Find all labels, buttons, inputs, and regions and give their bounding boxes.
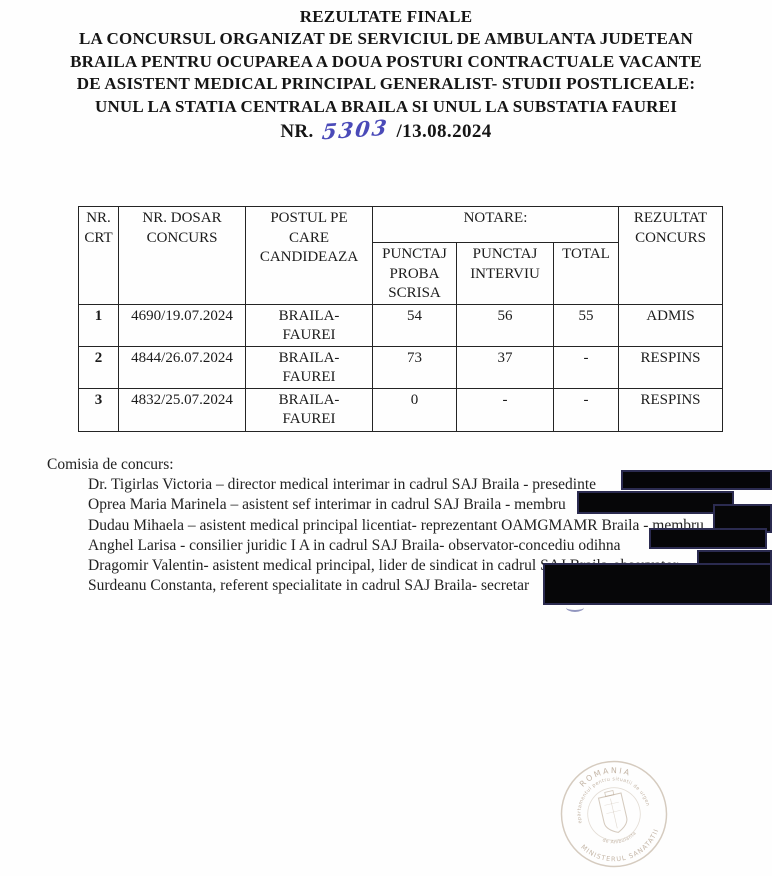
col-header-dosar: NR. DOSAR CONCURS [119, 207, 246, 305]
col-header-post: POSTUL PE CARE CANDIDEAZA [246, 207, 373, 305]
cell-nr: 1 [79, 304, 119, 346]
title-line-4: DE ASISTENT MEDICAL PRINCIPAL GENERALIST… [0, 73, 772, 95]
title-line-2: LA CONCURSUL ORGANIZAT DE SERVICIUL DE A… [0, 28, 772, 50]
stamp-country-text: ROMANIA [576, 761, 634, 790]
cell-total: 55 [554, 304, 619, 346]
table-row: 3 4832/25.07.2024 BRAILA- FAUREI 0 - - R… [79, 388, 723, 431]
col-header-nr-crt: NR. CRT [79, 207, 119, 305]
cell-proba-scrisa: 54 [373, 304, 457, 346]
col-header-total: TOTAL [554, 243, 619, 305]
cell-interviu: 37 [457, 346, 554, 388]
redaction-bar [649, 528, 767, 549]
col-header-notare: NOTARE: [373, 207, 619, 243]
table-header-row-1: NR. CRT NR. DOSAR CONCURS POSTUL PE CARE… [79, 207, 723, 243]
redaction-bar [621, 470, 772, 490]
commission-member-line: Dudau Mihaela – asistent medical princip… [47, 516, 747, 536]
registration-number-line: NR. 5303 /13.08.2024 [0, 119, 772, 143]
stamp-graphic: ROMANIA Departamentul pentru situatii de… [551, 751, 677, 876]
col-header-interviu: PUNCTAJ INTERVIU [457, 243, 554, 305]
cell-rezultat: ADMIS [619, 304, 723, 346]
document-header: REZULTATE FINALE LA CONCURSUL ORGANIZAT … [0, 6, 772, 143]
pen-mark [566, 603, 584, 612]
cell-dosar: 4690/19.07.2024 [119, 304, 246, 346]
cell-total: - [554, 388, 619, 431]
cell-proba-scrisa: 0 [373, 388, 457, 431]
scanned-document-page: REZULTATE FINALE LA CONCURSUL ORGANIZAT … [0, 0, 772, 876]
cell-total: - [554, 346, 619, 388]
cell-interviu: 56 [457, 304, 554, 346]
cell-dosar: 4832/25.07.2024 [119, 388, 246, 431]
cell-rezultat: RESPINS [619, 346, 723, 388]
cell-post: BRAILA- FAUREI [246, 346, 373, 388]
cell-nr: 2 [79, 346, 119, 388]
registration-prefix: NR. [280, 121, 313, 142]
redaction-bar [577, 491, 734, 514]
registration-date: /13.08.2024 [396, 121, 491, 142]
handwritten-registration-number: 5303 [318, 116, 393, 144]
stamp-coat-of-arms [598, 789, 630, 835]
table-row: 1 4690/19.07.2024 BRAILA- FAUREI 54 56 5… [79, 304, 723, 346]
cell-interviu: - [457, 388, 554, 431]
cell-proba-scrisa: 73 [373, 346, 457, 388]
col-header-proba-scrisa: PUNCTAJ PROBA SCRISA [373, 243, 457, 305]
cell-rezultat: RESPINS [619, 388, 723, 431]
redaction-bar [543, 563, 772, 605]
title-line-3: BRAILA PENTRU OCUPAREA A DOUA POSTURI CO… [0, 51, 772, 73]
col-header-rezultat: REZULTAT CONCURS [619, 207, 723, 305]
title-line-1: REZULTATE FINALE [0, 6, 772, 28]
official-stamp: ROMANIA Departamentul pentru situatii de… [551, 751, 677, 876]
commission-member-line: Anghel Larisa - consilier juridic I A in… [47, 536, 747, 556]
cell-dosar: 4844/26.07.2024 [119, 346, 246, 388]
cell-nr: 3 [79, 388, 119, 431]
table-row: 2 4844/26.07.2024 BRAILA- FAUREI 73 37 -… [79, 346, 723, 388]
cell-post: BRAILA- FAUREI [246, 304, 373, 346]
cell-post: BRAILA- FAUREI [246, 388, 373, 431]
results-table: NR. CRT NR. DOSAR CONCURS POSTUL PE CARE… [78, 206, 723, 432]
